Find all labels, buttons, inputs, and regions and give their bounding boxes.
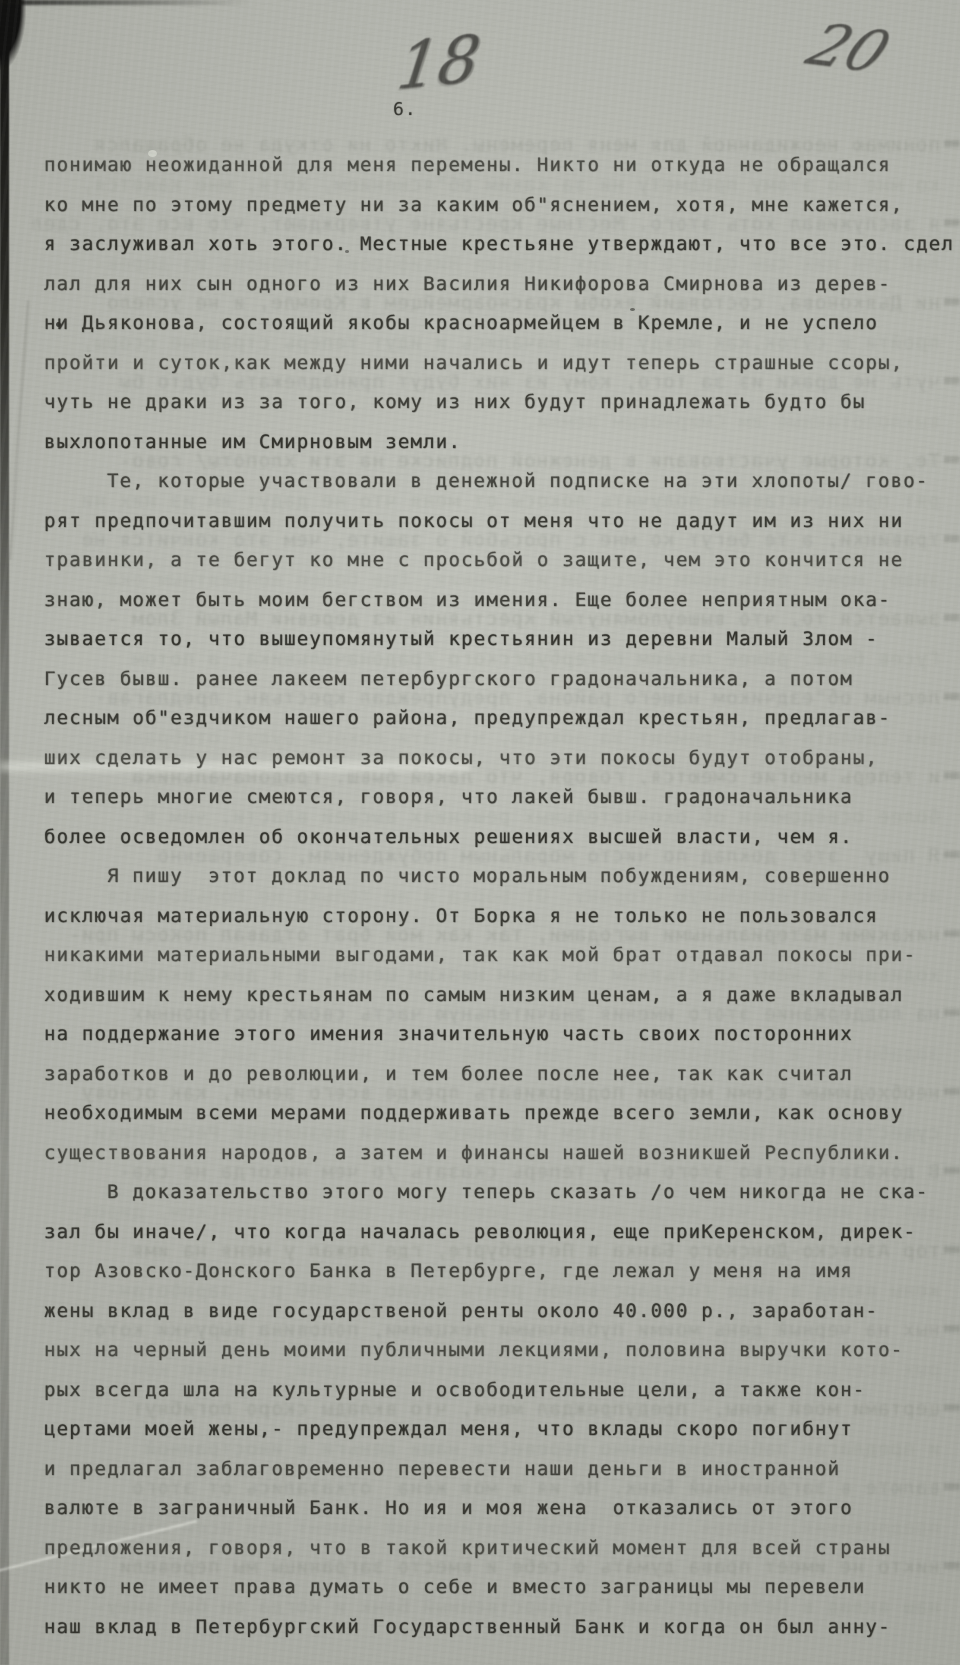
text-line: ко мне по этому предмету ни за каким об"… [44,186,954,226]
text-line: на поддержание этого имения значительную… [44,1015,954,1055]
text-line: предложения, говоря, что в такой критиче… [44,1529,954,1569]
text-line: существования народов, а затем и финансы… [44,1134,954,1174]
text-line: понимаю неожиданной для меня перемены. Н… [44,146,954,186]
scan-top-edge-artifact [0,0,250,5]
text-line: пройти и суток,как между ними начались и… [44,344,954,384]
paper-crease-vertical [9,300,29,560]
text-line: никакими материальными выгодами, так как… [44,936,954,976]
text-line: ших сделать у нас ремонт за покосы, что … [44,739,954,779]
text-line: я заслуживал хоть этого. Местные крестья… [44,225,954,265]
scanned-document-page: понимаю неожиданной для меня перемены. Н… [0,0,960,1665]
text-line: ходившим к нему крестьянам по самым низк… [44,976,954,1016]
text-line: ных на черный день моими публичными лекц… [44,1331,954,1371]
typewritten-text: понимаю неожиданной для меня перемены. Н… [44,146,954,1647]
scan-edge-shadow [0,0,9,1665]
text-line: выхлопотанные им Смирновым земли. [44,423,954,463]
text-line: наш вклад в Петербургский Государственны… [44,1608,954,1648]
handwritten-pencil-number-left: 18 [393,21,485,105]
text-line: лесным об"ездчиком нашего района, предуп… [44,699,954,739]
scan-corner-artifact [0,0,26,70]
text-line: зал бы иначе/, что когда началась револю… [44,1213,954,1253]
text-line: тор Азовско-Донского Банка в Петербурге,… [44,1252,954,1292]
text-line: Гусев бывш. ранее лакеем петербургского … [44,660,954,700]
text-line: более осведомлен об окончательных решени… [44,818,954,858]
text-line: цертами моей жены,- предупреждал меня, ч… [44,1410,954,1450]
text-line: знаю, может быть моим бегством из имения… [44,581,954,621]
text-line: валюте в заграничный Банк. Но ия и моя ж… [44,1489,954,1529]
text-line: и предлагал заблаговременно перевести на… [44,1450,954,1490]
text-line: чуть не драки из за того, кому из них бу… [44,383,954,423]
text-line: Те, которые участвовали в денежной подпи… [44,462,954,502]
text-line: никто не имеет права думать о себе и вме… [44,1568,954,1608]
text-line: В доказательство этого могу теперь сказа… [44,1173,954,1213]
typed-page-number: 6. [393,99,417,120]
text-line: исключая материальную сторону. От Борка … [44,897,954,937]
text-line: лал для них сын одного из них Василия Ни… [44,265,954,305]
text-line: заработков и до революции, и тем более п… [44,1055,954,1095]
text-line: Я пишу этот доклад по чисто моральным по… [44,857,954,897]
text-line: рят предпочитавшим получить покосы от ме… [44,502,954,542]
handwritten-pencil-number-right: 20 [797,11,900,85]
text-line: жены вклад в виде государственой ренты о… [44,1292,954,1332]
text-line: травинки, а те бегут ко мне с просьбой о… [44,541,954,581]
text-line: зывается то, что вышеупомянутый крестьян… [44,620,954,660]
text-line: ни Дьяконова, состоящий якобы красноарме… [44,304,954,344]
text-line: необходимым всеми мерами поддерживать пр… [44,1094,954,1134]
text-line: рых всегда шла на культурные и освободит… [44,1371,954,1411]
text-line: и теперь многие смеются, говоря, что лак… [44,778,954,818]
